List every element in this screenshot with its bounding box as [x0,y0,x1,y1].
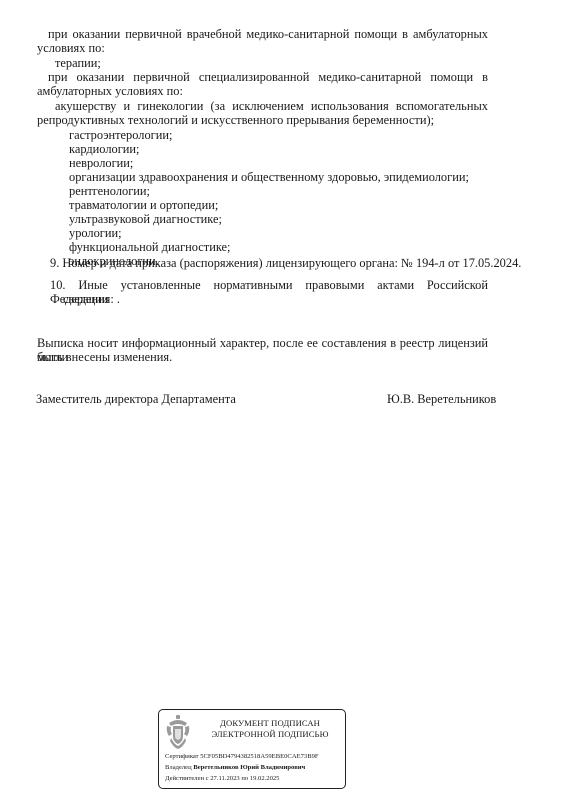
electronic-signature-stamp: ДОКУМЕНТ ПОДПИСАН ЭЛЕКТРОННОЙ ПОДПИСЬЮ С… [158,709,346,789]
specialized-item: гастроэнтерологии; [69,128,172,142]
coat-of-arms-icon [165,714,191,750]
primary-care-intro: при оказании первичной врачебной медико-… [48,27,488,41]
specialized-item: ультразвуковой диагностике; [69,212,222,226]
primary-care-intro-cont: условиях по: [37,41,105,55]
specialized-care-intro: при оказании первичной специализированно… [48,70,488,84]
stamp-title: ДОКУМЕНТ ПОДПИСАН ЭЛЕКТРОННОЙ ПОДПИСЬЮ [199,718,341,739]
specialized-item: неврологии; [69,156,133,170]
specialized-item: травматологии и ортопедии; [69,198,218,212]
signer-name: Ю.В. Веретельников [387,392,496,406]
primary-item-therapy: терапии; [55,56,101,70]
specialized-item: рентгенологии; [69,184,150,198]
specialized-item-obstetrics-cont: репродуктивных технологий и искусственно… [37,113,434,127]
certificate-row: Сертификат 5CF05BD4794382518A59EBE0CAE73… [165,753,319,761]
item-10-other-info-cont: сведения: . [63,292,120,306]
specialized-item: организации здравоохранения и общественн… [69,170,469,184]
signer-position: Заместитель директора Департамента [36,392,236,406]
document-page: при оказании первичной врачебной медико-… [0,0,562,800]
disclaimer-notice-cont: быть внесены изменения. [37,350,172,364]
specialized-item: функциональной диагностике; [69,240,231,254]
item-9-order-number: 9. Номер и дата приказа (распоряжения) л… [50,256,521,270]
specialized-item-obstetrics: акушерству и гинекологии (за исключением… [55,99,488,113]
validity-row: Действителен с 27.11.2023 по 19.02.2025 [165,775,279,783]
specialized-care-intro-cont: амбулаторных условиях по: [37,84,183,98]
owner-row: Владелец Веретельников Юрий Владимирович [165,764,305,772]
specialized-item: урологии; [69,226,122,240]
specialized-item: кардиологии; [69,142,140,156]
